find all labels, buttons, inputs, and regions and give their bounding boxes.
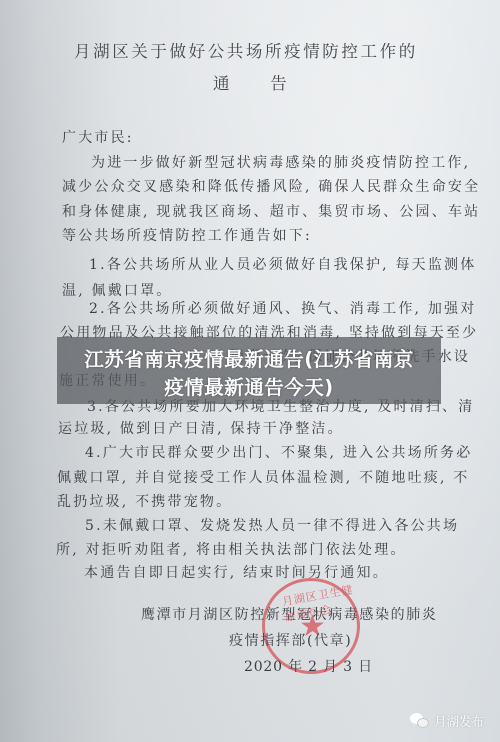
body-line: 乱扔垃圾, 不携带宠物。	[57, 491, 232, 511]
document-title: 月湖区关于做好公共场所疫情防控工作的	[74, 38, 418, 62]
body-line: 温, 佩戴口罩。	[62, 280, 173, 300]
effective-notice: 本通告自即日起实行, 结束时间另行通知。	[84, 562, 389, 582]
body-line: 为进一步做好新型冠状病毒感染的肺炎疫情防控工作,	[91, 152, 470, 172]
body-line: 和身体健康, 现就我区商场、超市、集贸市场、公园、车站	[62, 201, 480, 221]
source-watermark: 月湖发布	[410, 712, 484, 730]
body-line: 减少公众交叉感染和降低传播风险, 确保人民群众生命安全	[62, 176, 480, 196]
headline-banner: 江苏省南京疫情最新通告(江苏省南京 疫情最新通告今天)	[57, 337, 441, 404]
item-4: 4.广大市民群众要少出门、不聚集, 进入公共场所务必	[85, 442, 472, 462]
document-title-notice: 通 告	[213, 70, 289, 94]
salutation: 广大市民:	[62, 127, 134, 147]
wechat-icon	[410, 713, 430, 729]
body-line: 等公共场所疫情防控工作通告如下:	[62, 225, 312, 245]
headline-line-2: 疫情最新通告今天)	[57, 372, 441, 400]
signature-office: 疫情指挥部(代章)	[229, 630, 352, 650]
body-line: 所, 对拒听劝阻者, 将由相关执法部门依法处理。	[56, 539, 407, 559]
item-2: 2.各公共场所必须做好通风、换气、消毒工作, 加强对	[89, 298, 476, 318]
watermark-label: 月湖发布	[434, 712, 484, 730]
body-line: 佩戴口罩, 并自觉接受工作人员体温检测, 不随地吐痰, 不	[57, 467, 470, 487]
item-1: 1.各公共场所从业人员必须做好自我保护, 每天监测体	[89, 254, 476, 274]
body-line: 运垃圾, 做到日产日清, 保持干净整洁。	[58, 418, 344, 438]
item-5: 5.未佩戴口罩、发烧发热人员一律不得进入各公共场	[85, 515, 459, 535]
headline-line-1: 江苏省南京疫情最新通告(江苏省南京	[57, 344, 441, 372]
signature-organization: 鹰潭市月湖区防控新型冠状病毒感染的肺炎	[141, 604, 437, 624]
signature-date: 2020 年 2 月 3 日	[244, 656, 373, 676]
